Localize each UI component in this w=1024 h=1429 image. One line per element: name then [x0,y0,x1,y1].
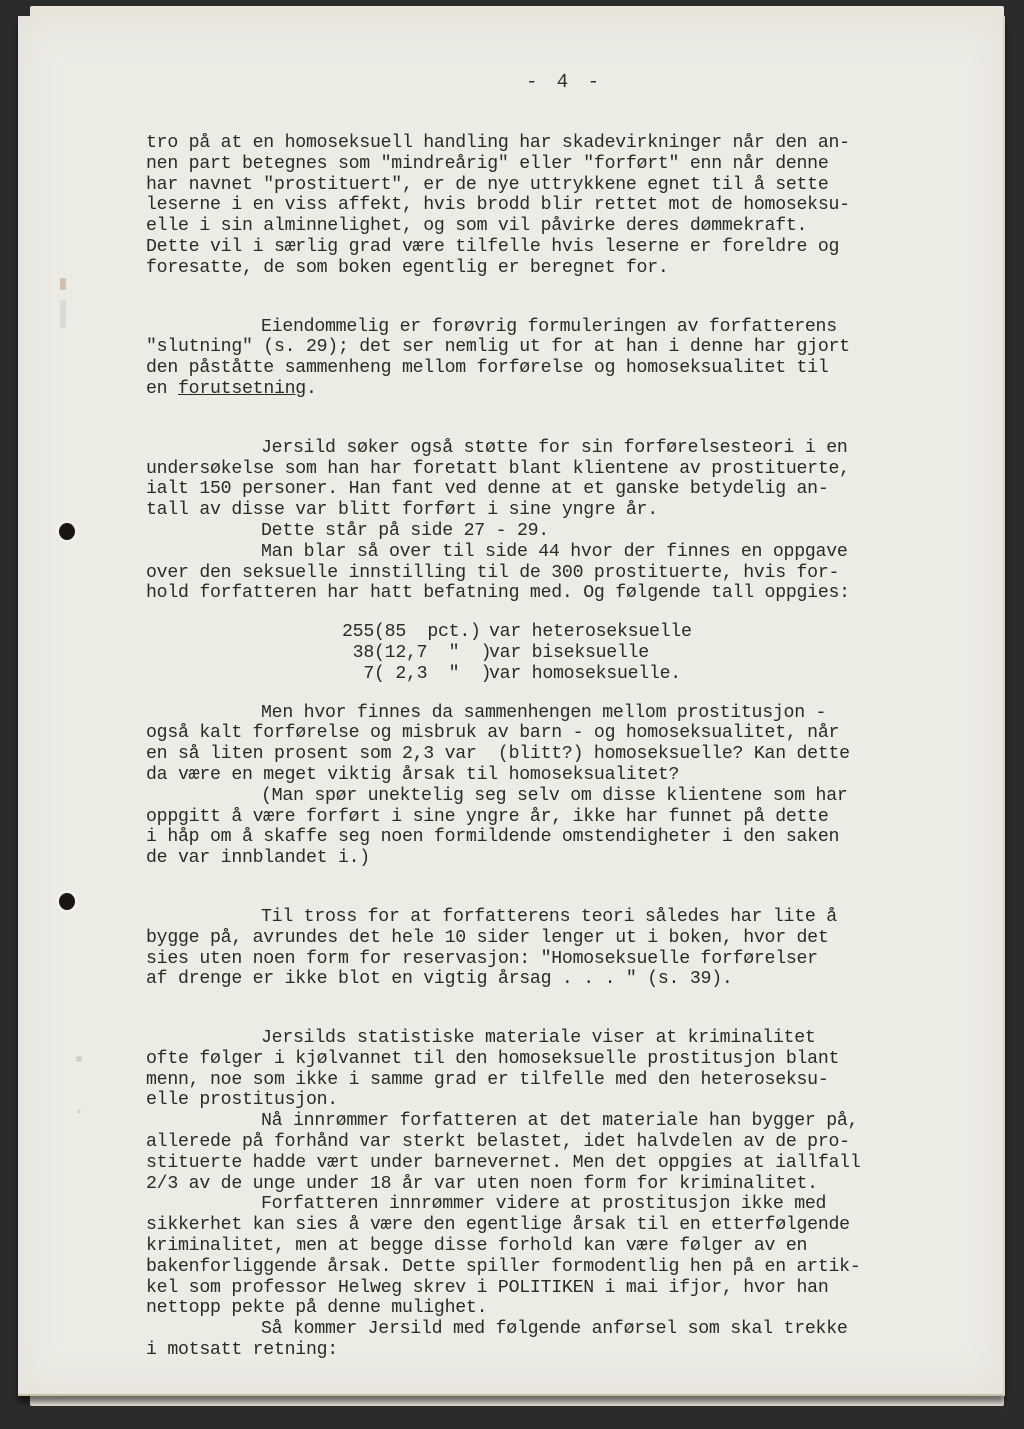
text-line: ofte følger i kjølvannet til den homosek… [146,1049,946,1070]
text-line: nettopp pekte på denne mulighet. [146,1298,946,1319]
text-line: 2/3 av de unge under 18 år var uten noen… [146,1174,946,1195]
paragraph-2: Eiendommelig er forøvrig formuleringen a… [146,317,946,400]
text-line: "slutning" (s. 29); det ser nemlig ut fo… [146,337,946,358]
text-line: menn, noe som ikke i samme grad er tilfe… [146,1070,946,1091]
stat-row-heterosexual: 255(85 pct.)var heteroseksuelle [146,622,946,643]
text-line: Men hvor finnes da sammenhengen mellom p… [146,703,946,724]
text-line: kriminalitet, men at begge disse forhold… [146,1236,946,1257]
text-line: Dette står på side 27 - 29. [146,521,946,542]
text-line: Så kommer Jersild med følgende anførsel … [146,1319,946,1340]
text-line: leserne i en viss affekt, hvis brodd bli… [146,195,946,216]
margin-pencil-mark-small: ° [76,1110,82,1121]
text-line: undersøkelse som han har foretatt blant … [146,459,946,480]
text-line: foresatte, de som boken egentlig er bere… [146,258,946,279]
punch-hole-top [59,523,75,540]
text-line: de var innblandet i.) [146,848,946,869]
text-line: ialt 150 personer. Han fant ved denne at… [146,479,946,500]
text-line: i håp om å skaffe seg noen formildende o… [146,827,946,848]
text-line: den påståtte sammenheng mellom forførels… [146,358,946,379]
text-line: da være en meget viktig årsak til homose… [146,765,946,786]
text-line: over den seksuelle innstilling til de 30… [146,563,946,584]
text-line: har navnet "prostituert", er de nye uttr… [146,175,946,196]
text-line: Jersild søker også støtte for sin forfør… [146,438,946,459]
text-line: tro på at en homoseksuell handling har s… [146,133,946,154]
text-line: Forfatteren innrømmer videre at prostitu… [146,1194,946,1215]
margin-tear-mark [60,300,66,328]
text-line: elle prostitusjon. [146,1090,946,1111]
text-line: bygge på, avrundes det hele 10 sider len… [146,928,946,949]
text-line: sies uten noen form for reservasjon: "Ho… [146,949,946,970]
text-line: en forutsetning. [146,379,946,400]
page-number: - 4 - [526,71,603,93]
text-line: (Man spør unektelig seg selv om disse kl… [146,786,946,807]
text-line: Til tross for at forfatterens teori såle… [146,907,946,928]
stat-row-bisexual: 38(12,7 " )var biseksuelle [146,643,946,664]
margin-stain-mark [60,278,66,290]
text-line: Eiendommelig er forøvrig formuleringen a… [146,317,946,338]
paragraph-4: Men hvor finnes da sammenhengen mellom p… [146,703,946,869]
text-line: Man blar så over til side 44 hvor der fi… [146,542,946,563]
document-body: tro på at en homoseksuell handling har s… [146,133,946,1361]
paragraph-6: Jersilds statistiske materiale viser at … [146,1028,946,1361]
text-line: oppgitt å være forført i sine yngre år, … [146,807,946,828]
text-line: allerede på forhånd var sterkt belastet,… [146,1132,946,1153]
text-line: af drenge er ikke blot en vigtig årsag .… [146,969,946,990]
text-line: Nå innrømmer forfatteren at det material… [146,1111,946,1132]
paragraph-1: tro på at en homoseksuell handling har s… [146,133,946,279]
stat-row-homosexual: 7( 2,3 " )var homoseksuelle. [146,664,946,685]
text-line: stituerte hadde vært under barnevernet. … [146,1153,946,1174]
punch-hole-bottom [59,893,75,910]
statistics-table: 255(85 pct.)var heteroseksuelle 38(12,7 … [146,622,946,684]
underlined-word: forutsetning [178,379,306,399]
text-line: tall av disse var blitt forført i sine y… [146,500,946,521]
text-line: i motsatt retning: [146,1340,946,1361]
text-line: også kalt forførelse og misbruk av barn … [146,723,946,744]
paragraph-3: Jersild søker også støtte for sin forfør… [146,438,946,604]
text-line: bakenforliggende årsak. Dette spiller fo… [146,1257,946,1278]
margin-pencil-mark: ≋ [76,1054,82,1066]
text-line: en så liten prosent som 2,3 var (blitt?)… [146,744,946,765]
text-line: Dette vil i særlig grad være tilfelle hv… [146,237,946,258]
text-line: Jersilds statistiske materiale viser at … [146,1028,946,1049]
text-line: kel som professor Helweg skrev i POLITIK… [146,1278,946,1299]
text-line: nen part betegnes som "mindreårig" eller… [146,154,946,175]
text-line: elle i sin alminnelighet, og som vil påv… [146,216,946,237]
text-line: hold forfatteren har hatt befatning med.… [146,583,946,604]
text-line: sikkerhet kan sies å være den egentlige … [146,1215,946,1236]
paragraph-5: Til tross for at forfatterens teori såle… [146,907,946,990]
